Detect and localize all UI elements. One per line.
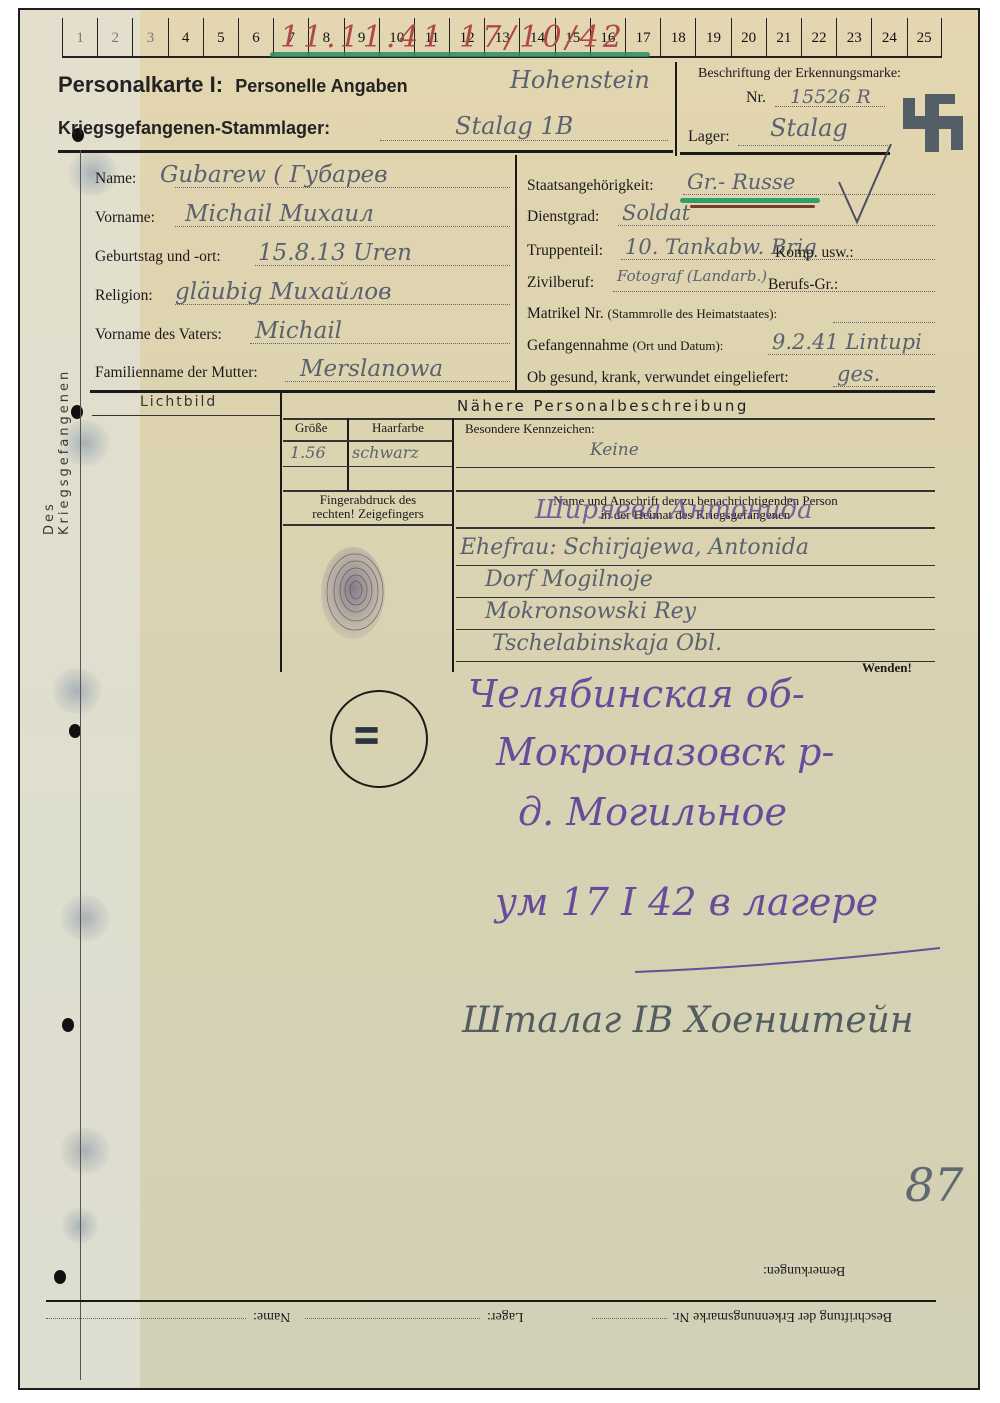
right-field-label: Staatsangehörigkeit: xyxy=(527,177,654,195)
number-cell: 2 xyxy=(97,18,132,56)
number-cell: 6 xyxy=(238,18,273,56)
number-cell: 23 xyxy=(836,18,871,56)
left-field-value: gläubig Михайлов xyxy=(175,279,391,305)
bottom-name-label: Name: xyxy=(253,1308,290,1324)
number-cell: 4 xyxy=(168,18,203,56)
right-field-label: Truppenteil: xyxy=(527,242,603,260)
cell-rule xyxy=(283,440,453,442)
haarfarbe-value: schwarz xyxy=(352,443,419,462)
bottom-beschriftung-label: Beschriftung der Erkennungsmarke Nr. xyxy=(672,1308,892,1324)
fingerprint-label-line: Fingerabdruck des xyxy=(283,493,453,507)
side-label: Des Kriegsgefangenen xyxy=(42,375,72,535)
number-cell: 20 xyxy=(731,18,766,56)
haarfarbe-label: Haarfarbe xyxy=(372,420,424,436)
right-field-label: Ob gesund, krank, verwundet eingeliefert… xyxy=(527,369,789,387)
contact-overwrite: Ширяева Антонида xyxy=(535,495,813,525)
contact-line: Dorf Mogilnoje xyxy=(485,567,653,592)
dotted-line xyxy=(833,322,935,323)
right-field-label-small: (Stammrolle des Heimatstaates): xyxy=(608,306,778,321)
card-title: Personalkarte I: Personelle Angaben xyxy=(58,72,408,98)
number-cell: 24 xyxy=(871,18,906,56)
bottom-rule xyxy=(46,1300,936,1302)
number-cell: 1 xyxy=(62,18,97,56)
stammlager-label: Kriegsgefangenen-Stammlager: xyxy=(58,118,330,139)
right-field-label: Zivilberuf: xyxy=(527,274,594,292)
number-cell: 17 xyxy=(625,18,660,56)
bemerkungen-label: Bemerkungen: xyxy=(763,1262,845,1278)
right-field-label-text: Gefangennahme xyxy=(527,337,629,354)
right-field-label-small: (Ort und Datum): xyxy=(632,338,723,353)
number-cell: 3 xyxy=(132,18,167,56)
punch-hole xyxy=(71,405,83,419)
right-field-value: ges. xyxy=(837,362,880,386)
number-cell: 25 xyxy=(907,18,942,56)
left-field-value: Michail Михаил xyxy=(185,201,374,227)
kennzeichen-value: Keine xyxy=(590,440,639,460)
column-divider xyxy=(515,155,517,390)
punch-hole xyxy=(54,1270,66,1284)
box-divider xyxy=(675,62,677,156)
bottom-lager-label: Lager: xyxy=(487,1308,524,1324)
cell-rule xyxy=(283,524,453,526)
ru-annotation: ум 17 I 42 в лагере xyxy=(495,880,878,924)
round-stamp-mark: II xyxy=(348,724,383,746)
right-field-label-text: Truppenteil: xyxy=(527,242,603,259)
cell-rule xyxy=(456,467,935,468)
fingerprint-icon xyxy=(318,545,388,645)
ru-annotation-stalag: Шталаг IB Хоенштейн xyxy=(462,1000,914,1041)
right-field-label-text: Matrikel Nr. xyxy=(527,305,604,322)
right-field-label-text: Zivilberuf: xyxy=(527,274,594,291)
left-field-label: Vorname des Vaters: xyxy=(95,326,222,344)
fingerprint-label: Fingerabdruck des rechten! Zeigefingers xyxy=(283,493,453,521)
number-cell: 5 xyxy=(203,18,238,56)
dotted-line xyxy=(380,140,668,141)
rivet-mark xyxy=(60,1128,110,1174)
dotted-line xyxy=(305,1318,480,1319)
marke-nr-label: Nr. xyxy=(746,89,766,107)
stammlager-value: Stalag 1B xyxy=(455,112,573,140)
page-number: 87 xyxy=(905,1158,964,1212)
left-field-label: Name: xyxy=(95,170,136,188)
right-field-label: Gefangennahme (Ort und Datum): xyxy=(527,337,723,355)
top-red-annotation: 11.11.41 17/10/42 xyxy=(280,20,626,55)
number-cell: 21 xyxy=(766,18,801,56)
ru-annotation: Мокроназовск р- xyxy=(496,730,834,774)
wenden-label: Wenden! xyxy=(862,660,912,676)
cell-rule xyxy=(283,466,453,467)
title-main: Personalkarte I: xyxy=(58,72,223,97)
ru-annotation: д. Могильное xyxy=(518,790,787,834)
beschreibung-heading: Nähere Personalbeschreibung xyxy=(457,397,749,415)
underline-stroke xyxy=(630,940,950,980)
right-field-value: Fotograf (Landarb.) xyxy=(617,267,767,285)
red-mark xyxy=(690,205,815,208)
header-rule xyxy=(58,150,673,153)
left-field-label: Religion: xyxy=(95,287,153,305)
hohenstein-annotation: Hohenstein xyxy=(510,66,650,94)
stamp-cross-icon xyxy=(895,88,977,158)
lichtbild-heading: Lichtbild xyxy=(140,394,217,410)
fingerprint-label-line: rechten! Zeigefingers xyxy=(283,507,453,521)
right-field-label-text: Ob gesund, krank, verwundet eingeliefert… xyxy=(527,369,789,386)
right-field-value: 9.2.41 Lintupi xyxy=(772,330,922,354)
contact-line: Mokronsowski Rey xyxy=(485,599,696,624)
punch-hole xyxy=(62,1018,74,1032)
lichtbild-divider xyxy=(280,392,282,672)
marke-lager-label: Lager: xyxy=(688,128,730,146)
dotted-line xyxy=(592,1318,667,1319)
right-field-value: Soldat xyxy=(622,201,690,225)
groesse-value: 1.56 xyxy=(290,443,326,462)
number-cell: 22 xyxy=(801,18,836,56)
round-stamp: II xyxy=(330,690,428,788)
left-field-label: Familienname der Mutter: xyxy=(95,364,258,382)
rivet-mark xyxy=(60,895,110,941)
groesse-label: Größe xyxy=(295,420,328,436)
right-field-value: Gr.- Russe xyxy=(687,170,795,194)
right-field-extra-label: Komp. usw.: xyxy=(775,244,854,262)
title-sub: Personelle Angaben xyxy=(235,76,407,96)
cell-rule xyxy=(456,490,935,492)
number-cell: 19 xyxy=(695,18,730,56)
right-field-extra-label: Berufs-Gr.: xyxy=(768,276,838,294)
contact-line: Ehefrau: Schirjajewa, Antonida xyxy=(460,535,809,560)
green-mark xyxy=(680,198,820,203)
marke-heading: Beschriftung der Erkennungsmarke: xyxy=(698,66,901,82)
green-underline xyxy=(270,52,650,57)
marke-lager-value: Stalag xyxy=(770,114,848,142)
contact-line: Tschelabinskaja Obl. xyxy=(492,631,722,656)
dotted-line xyxy=(683,194,935,195)
right-field-label-text: Staatsangehörigkeit: xyxy=(527,177,654,194)
marke-nr-value: 15526 R xyxy=(790,86,871,108)
dotted-line xyxy=(618,225,935,226)
left-field-value: Gubarew ( Губарев xyxy=(160,162,388,188)
cell-divider xyxy=(347,418,349,490)
section-rule xyxy=(90,390,935,393)
dotted-line xyxy=(46,1318,246,1319)
cell-divider xyxy=(452,418,454,672)
cell-rule xyxy=(456,527,935,529)
ru-annotation: Челябинская об- xyxy=(468,672,805,716)
number-cell: 18 xyxy=(660,18,695,56)
dotted-line xyxy=(833,386,935,387)
lichtbild-rule xyxy=(92,415,280,416)
left-field-label: Vorname: xyxy=(95,209,155,227)
checkmark-annotation xyxy=(835,140,895,230)
contact-rule xyxy=(456,629,935,630)
right-field-label-text: Dienstgrad: xyxy=(527,208,599,225)
rivet-mark xyxy=(52,668,102,714)
dotted-line xyxy=(768,354,935,355)
side-rule xyxy=(80,150,81,1380)
contact-rule xyxy=(456,597,935,598)
kennzeichen-label: Besondere Kennzeichen: xyxy=(465,421,595,437)
left-field-value: Merslanowa xyxy=(300,356,443,382)
left-field-value: 15.8.13 Uren xyxy=(258,240,412,266)
contact-rule xyxy=(456,565,935,566)
left-field-value: Michail xyxy=(255,318,342,344)
left-field-label: Geburtstag und -ort: xyxy=(95,248,221,266)
right-field-label: Matrikel Nr. (Stammrolle des Heimatstaat… xyxy=(527,305,777,323)
right-field-label: Dienstgrad: xyxy=(527,208,599,226)
